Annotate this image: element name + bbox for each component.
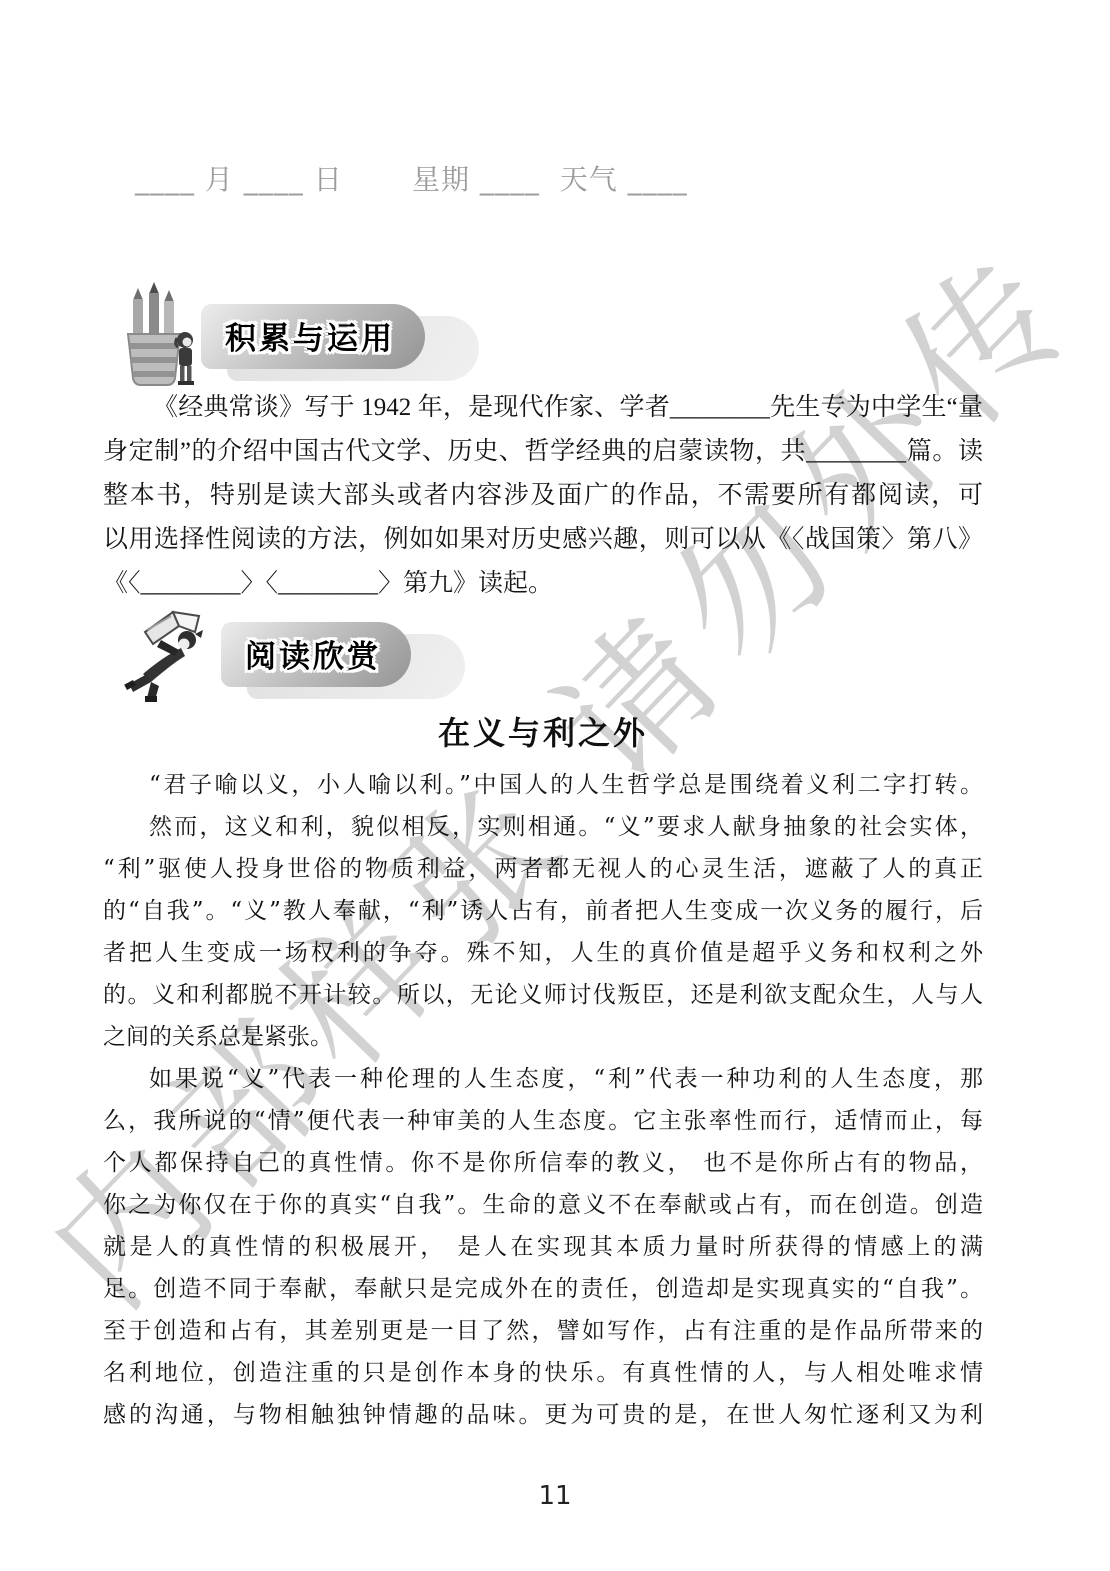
article-line: 之间的关系总是紧张。 (103, 1016, 983, 1058)
page-number: 11 (0, 1481, 1110, 1511)
article-line: 就是人的真性情的积极展开， 是人在实现其本质力量时所获得的情感上的满 (103, 1226, 983, 1268)
article-line: 者把人生变成一场权利的争夺。殊不知，人生的真价值是超乎义务和权利之外 (103, 932, 983, 974)
article-line: 如果说“义”代表一种伦理的人生态度，“利”代表一种功利的人生态度，那 (103, 1058, 983, 1100)
exercise-line: 以用选择性阅读的方法，例如如果对历史感兴趣，则可以从《〈战国策〉第八》 (103, 518, 983, 562)
article-line: “利”驱使人投身世俗的物质利益，两者都无视人的心灵生活，遮蔽了人的真正 (103, 848, 983, 890)
article-line: 你之为你仅在于你的真实“自我”。生命的意义不在奉献或占有，而在创造。创造 (103, 1184, 983, 1226)
pencil-cup-icon (123, 282, 197, 390)
article-line: 的。义和利都脱不开计较。所以，无论义师讨伐叛臣，还是利欲支配众生，人与人 (103, 974, 983, 1016)
article-line: 么，我所说的“情”便代表一种审美的人生态度。它主张率性而行，适情而止，每 (103, 1100, 983, 1142)
exercise-line: 《〈________〉〈________〉第九》读起。 (103, 562, 983, 606)
article-line: 的“自我”。“义”教人奉献，“利”诱人占有，前者把人生变成一次义务的履行，后 (103, 890, 983, 932)
article-line: 名利地位，创造注重的只是创作本身的快乐。有真性情的人，与人相处唯求情 (103, 1352, 983, 1394)
article-body: “君子喻以义，小人喻以利。”中国人的人生哲学总是围绕着义利二字打转。 然而，这义… (103, 764, 983, 1436)
article-title: 在义与利之外 (103, 708, 983, 754)
section-badge-reading: 阅读欣赏 (221, 622, 411, 687)
section-header-accumulate: 积累与运用 (123, 282, 983, 390)
exercise-block: 《经典常谈》写于 1942 年，是现代作家、学者________先生专为中学生“… (103, 386, 983, 606)
section-title-accumulate: 积累与运用 (201, 304, 425, 369)
exercise-line: 《经典常谈》写于 1942 年，是现代作家、学者________先生专为中学生“… (103, 386, 983, 430)
article-line: 足。创造不同于奉献，奉献只是完成外在的责任，创造却是实现真实的“自我”。 (103, 1268, 983, 1310)
exercise-line: 整本书，特别是读大部头或者内容涉及面广的作品，不需要所有都阅读，可 (103, 474, 983, 518)
article-line: 个人都保持自己的真性情。你不是你所信奉的教义， 也不是你所占有的物品， (103, 1142, 983, 1184)
workbook-page: 内部样张 请勿外传 ____ 月 ____ 日 星期 ____ 天气 ____ (0, 0, 1110, 1571)
section-badge-accumulate: 积累与运用 (201, 304, 425, 369)
exercise-line: 身定制”的介绍中国古代文学、历史、哲学经典的启蒙读物，共________篇。读 (103, 430, 983, 474)
article-line: “君子喻以义，小人喻以利。”中国人的人生哲学总是围绕着义利二字打转。 (103, 764, 983, 806)
article-line: 然而，这义和利，貌似相反，实则相通。“义”要求人献身抽象的社会实体， (103, 806, 983, 848)
article-line: 至于创造和占有，其差别更是一目了然，譬如写作，占有注重的是作品所带来的 (103, 1310, 983, 1352)
section-title-reading: 阅读欣赏 (221, 622, 411, 687)
section-header-reading: 阅读欣赏 (117, 606, 983, 702)
page-content: ____ 月 ____ 日 星期 ____ 天气 ____ (0, 158, 1110, 1436)
date-line: ____ 月 ____ 日 星期 ____ 天气 ____ (103, 158, 983, 198)
flying-reader-icon (117, 606, 217, 702)
article-line: 感的沟通，与物相触独钟情趣的品味。更为可贵的是，在世人匆忙逐利又为利 (103, 1394, 983, 1436)
